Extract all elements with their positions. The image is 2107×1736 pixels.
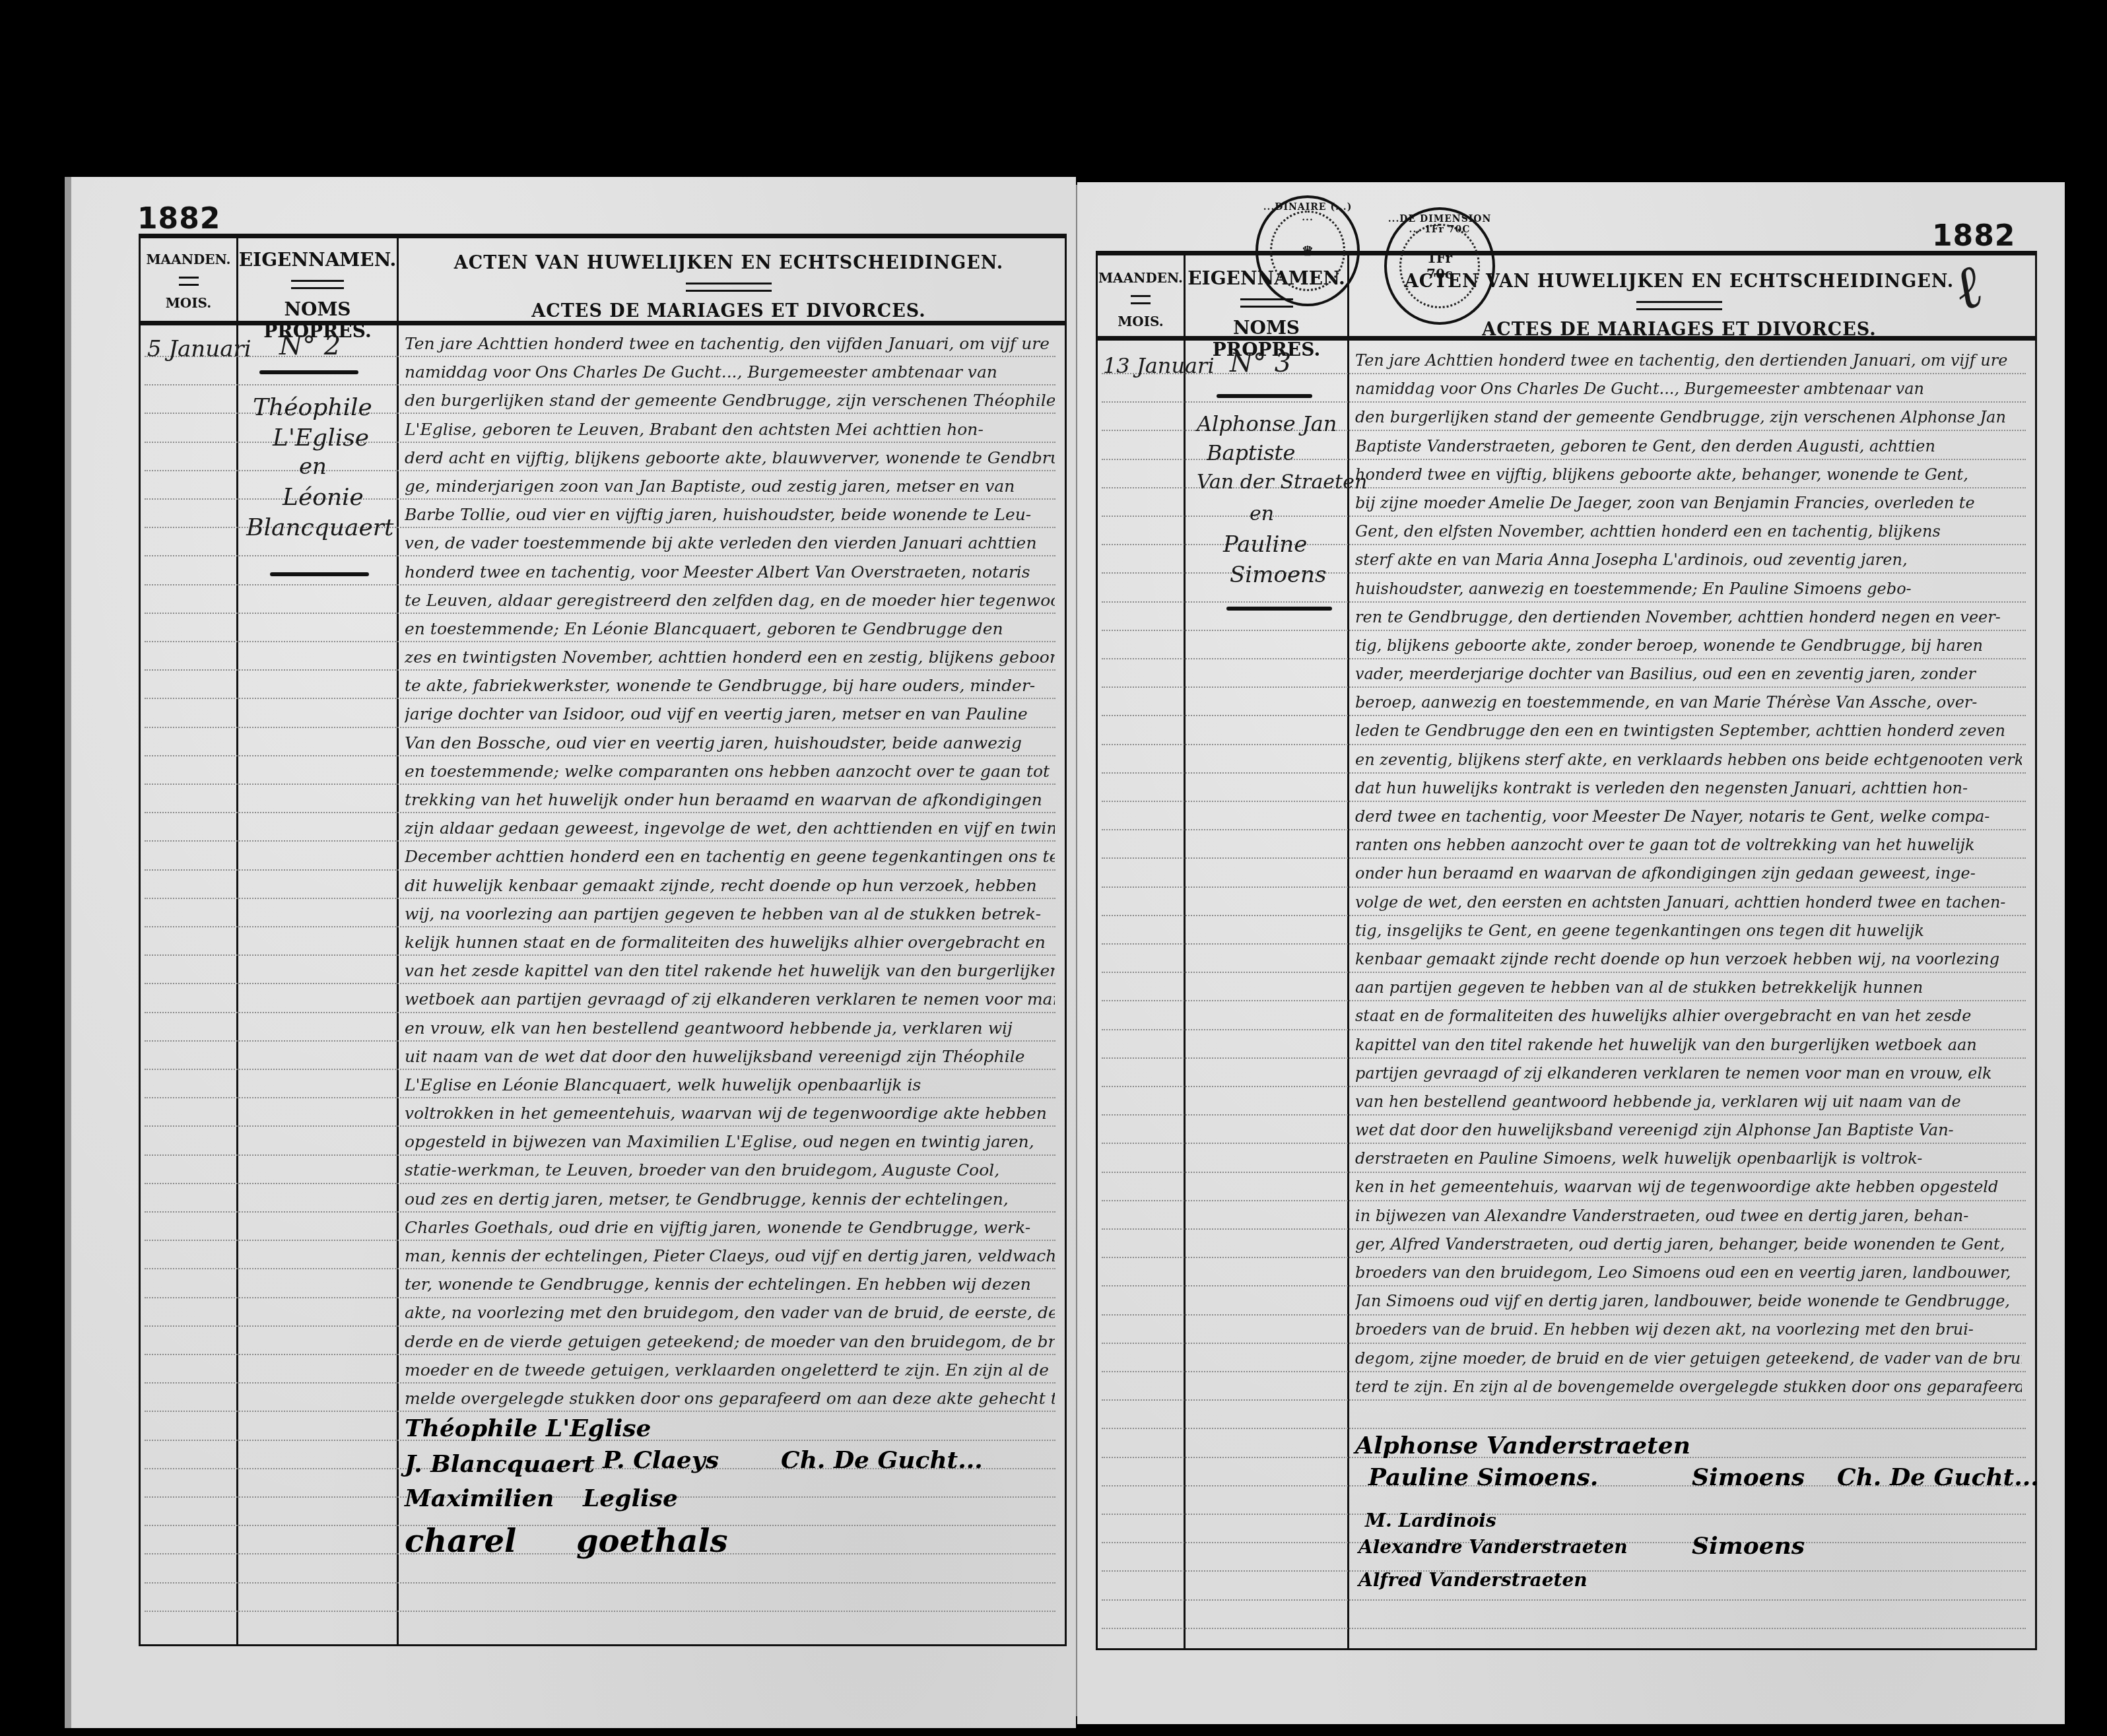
- signature: charel: [405, 1523, 516, 1560]
- act-text-line: honderd twee en tachentig, voor Meester …: [405, 558, 1055, 586]
- act-text-line: akte, na voorlezing met den bruidegom, d…: [405, 1298, 1055, 1327]
- act-text-line: zijn aldaar gedaan geweest, ingevolge de…: [405, 814, 1055, 842]
- column-divider: [236, 238, 238, 1644]
- act-text-line: uit naam van de wet dat door den huwelij…: [405, 1042, 1055, 1071]
- ruling-line: [1102, 1514, 2026, 1515]
- double-rule: [179, 277, 199, 286]
- signature: Simoens: [1692, 1532, 1805, 1560]
- act-text-line: onder hun beraamd en waarvan de afkondig…: [1355, 859, 2022, 888]
- act-text-line: den burgerlijken stand der gemeente Gend…: [405, 386, 1055, 415]
- signature: Alfred Vanderstraeten: [1358, 1569, 1588, 1591]
- stamp-text: ...DINAIRE (...) ...: [1258, 202, 1357, 223]
- act-text-line: wetboek aan partijen gevraagd of zij elk…: [405, 985, 1055, 1013]
- act-text-line: derd twee en tachentig, voor Meester De …: [1355, 803, 2022, 831]
- signature: Ch. De Gucht...: [1837, 1463, 2039, 1491]
- separator-bar: [1217, 394, 1312, 398]
- register-table: MAANDEN. MOIS. EIGENNAMEN. NOMS PROPRES.…: [139, 234, 1067, 1646]
- entry-date: 5 Januari: [147, 336, 251, 362]
- act-text-line: trekking van het huwelijk onder hun bera…: [405, 785, 1055, 814]
- header-month-fr: MOIS.: [166, 295, 212, 311]
- entry-date: 13 Januari: [1103, 353, 1215, 378]
- act-text-line: voltrokken in het gemeentehuis, waarvan …: [405, 1099, 1055, 1127]
- conjunction-en: en: [299, 453, 327, 480]
- act-text-line: den burgerlijken stand der gemeente Gend…: [1355, 403, 2022, 432]
- act-text-line: Gent, den elfsten November, achttien hon…: [1355, 517, 2022, 546]
- act-text-line: te akte, fabriekwerkster, wonende te Gen…: [405, 671, 1055, 700]
- act-text-line: en zeventig, blijkens sterf akte, en ver…: [1355, 746, 2022, 774]
- double-rule: [686, 283, 772, 292]
- act-text-line: dit huwelijk kenbaar gemaakt zijnde, rec…: [405, 871, 1055, 900]
- act-text-line: huishoudster, aanwezig en toestemmende; …: [1355, 575, 2022, 603]
- act-text-line: kenbaar gemaakt zijnde recht doende op h…: [1355, 945, 2022, 974]
- act-text-line: wet dat door den huwelijksband vereenigd…: [1355, 1116, 2022, 1145]
- act-text-line: ken in het gemeentehuis, waarvan wij de …: [1355, 1173, 2022, 1201]
- act-text-line: tig, blijkens geboorte akte, zonder bero…: [1355, 632, 2022, 660]
- act-text-line: ge, minderjarigen zoon van Jan Baptiste,…: [405, 472, 1055, 500]
- act-text-line: namiddag voor Ons Charles De Gucht..., B…: [1355, 375, 2022, 403]
- act-text-line: melde overgelegde stukken door ons gepar…: [405, 1384, 1055, 1412]
- act-text-line: staat en de formaliteiten des huwelijks …: [1355, 1002, 2022, 1030]
- signature: Simoens: [1692, 1463, 1805, 1491]
- act-text-line: ranten ons hebben aanzocht over te gaan …: [1355, 831, 2022, 859]
- signature: P. Claeys: [603, 1446, 719, 1474]
- groom-first-names: Alphonse Jan: [1197, 411, 1337, 436]
- bride-first-name: Léonie: [283, 484, 364, 511]
- dimension-stamp: ...DE DIMENSION ... 1Fr 70C 1Fr70c: [1384, 207, 1495, 325]
- groom-middle-name: Baptiste: [1207, 440, 1295, 465]
- act-text-line: partijen gevraagd of zij elkanderen verk…: [1355, 1059, 2022, 1088]
- signature: goethals: [576, 1523, 728, 1560]
- column-divider: [1184, 255, 1186, 1648]
- bride-surname: Simoens: [1230, 562, 1326, 588]
- header-title-fr: ACTES DE MARIAGES ET DIVORCES.: [1482, 319, 1876, 340]
- act-text-line: zes en twintigsten November, achttien ho…: [405, 643, 1055, 671]
- act-text-line: derd acht en vijftig, blijkens geboorte …: [405, 444, 1055, 472]
- register-table: MAANDEN. MOIS. EIGENNAMEN. NOMS PROPRES.…: [1096, 251, 2037, 1650]
- act-text-line: bij zijne moeder Amelie De Jaeger, zoon …: [1355, 489, 2022, 517]
- act-text-line: L'Eglise en Léonie Blancquaert, welk huw…: [405, 1071, 1055, 1099]
- act-text-line: kelijk hunnen staat en de formaliteiten …: [405, 928, 1055, 956]
- act-text-line: van het zesde kapittel van den titel rak…: [405, 956, 1055, 985]
- column-divider: [397, 238, 399, 1644]
- double-rule: [291, 280, 344, 289]
- act-text-line: ren te Gendbrugge, den dertienden Novemb…: [1355, 603, 2022, 632]
- act-text-line: opgesteld in bijwezen van Maximilien L'E…: [405, 1127, 1055, 1156]
- month-column-header: MAANDEN. MOIS.: [141, 251, 236, 311]
- act-text-line: terd te zijn. En zijn al de bovengemelde…: [1355, 1373, 2022, 1401]
- header-month-fr: MOIS.: [1118, 314, 1164, 329]
- act-text-line: man, kennis der echtelingen, Pieter Clae…: [405, 1242, 1055, 1270]
- revenue-stamp: ...DINAIRE (...) ... ♛: [1255, 195, 1360, 306]
- act-text-line: ven, de vader toestemmende bij akte verl…: [405, 529, 1055, 557]
- act-text-line: jarige dochter van Isidoor, oud vijf en …: [405, 700, 1055, 728]
- act-text-line: degom, zijne moeder, de bruid en de vier…: [1355, 1345, 2022, 1373]
- signature: Leglise: [583, 1485, 678, 1512]
- separator-bar: [259, 370, 358, 374]
- act-text-lines: Ten jare Achttien honderd twee en tachen…: [405, 329, 1055, 1412]
- year-label: 1882: [1932, 219, 2015, 253]
- act-text-line: derstraeten en Pauline Simoens, welk huw…: [1355, 1145, 2022, 1173]
- groom-first-name: Théophile: [253, 394, 372, 421]
- header-names-nl: EIGENNAMEN.: [239, 249, 397, 271]
- act-text-line: beroep, aanwezig en toestemmende, en van…: [1355, 688, 2022, 717]
- double-rule: [1131, 295, 1151, 304]
- act-text-line: Ten jare Achttien honderd twee en tachen…: [1355, 347, 2022, 375]
- entry-number: N° 2: [279, 331, 341, 361]
- act-text-line: moeder en de tweede getuigen, verklaarde…: [405, 1356, 1055, 1384]
- signature: Théophile L'Eglise: [405, 1415, 651, 1442]
- act-text-line: leden te Gendbrugge den een en twintigst…: [1355, 717, 2022, 745]
- marriage-act-text: Ten jare Achttien honderd twee en tachen…: [1355, 347, 2022, 1429]
- header-title-nl: ACTEN VAN HUWELIJKEN EN ECHTSCHEIDINGEN.: [454, 253, 1003, 273]
- act-text-line: van hen bestellend geantwoord hebbende j…: [1355, 1088, 2022, 1116]
- header-month-nl: MAANDEN.: [1098, 270, 1183, 286]
- entry-number: N° 3: [1230, 348, 1291, 378]
- act-text-lines: Ten jare Achttien honderd twee en tachen…: [1355, 347, 2022, 1401]
- act-text-line: honderd twee en vijftig, blijkens geboor…: [1355, 461, 2022, 489]
- act-text-line: in bijwezen van Alexandre Vanderstraeten…: [1355, 1202, 2022, 1230]
- act-text-line: Barbe Tollie, oud vier en vijftig jaren,…: [405, 500, 1055, 529]
- act-text-line: derde en de vierde getuigen geteekend; d…: [405, 1327, 1055, 1356]
- act-text-line: December achttien honderd een en tachent…: [405, 842, 1055, 871]
- act-text-line: L'Eglise, geboren te Leuven, Brabant den…: [405, 415, 1055, 444]
- act-text-line: kapittel van den titel rakende het huwel…: [1355, 1031, 2022, 1059]
- act-text-line: ger, Alfred Vanderstraeten, oud dertig j…: [1355, 1230, 2022, 1259]
- signature: Alexandre Vanderstraeten: [1358, 1536, 1628, 1558]
- groom-surname: Van der Straeten: [1197, 471, 1367, 494]
- act-text-line: namiddag voor Ons Charles De Gucht..., B…: [405, 358, 1055, 386]
- bride-first-name: Pauline: [1223, 531, 1307, 558]
- column-divider: [1347, 255, 1349, 1648]
- act-text-line: broeders van den bruidegom, Leo Simoens …: [1355, 1259, 2022, 1287]
- act-text-line: en toestemmende; welke comparanten ons h…: [405, 757, 1055, 785]
- act-text-line: Baptiste Vanderstraeten, geboren te Gent…: [1355, 432, 2022, 461]
- conjunction-en: en: [1250, 502, 1274, 525]
- act-text-line: dat hun huwelijks kontrakt is verleden d…: [1355, 774, 2022, 803]
- ruling-line: [1102, 1628, 2026, 1629]
- act-text-line: en vrouw, elk van hen bestellend geantwo…: [405, 1014, 1055, 1042]
- wreath-emblem-icon: 1Fr70c: [1399, 224, 1479, 308]
- header-title-fr: ACTES DE MARIAGES ET DIVORCES.: [531, 301, 925, 321]
- signature: Alphonse Vanderstraeten: [1355, 1432, 1690, 1459]
- left-page: 1882 MAANDEN. MOIS. EIGENNAMEN. NOMS PRO…: [65, 177, 1076, 1728]
- act-text-line: te Leuven, aldaar geregistreerd den zelf…: [405, 586, 1055, 615]
- act-text-line: tig, insgelijks te Gent, en geene tegenk…: [1355, 917, 2022, 945]
- marriage-act-text: Ten jare Achttien honderd twee en tachen…: [405, 329, 1055, 1412]
- ruling-line: [145, 1582, 1055, 1584]
- separator-bar: [1226, 607, 1332, 611]
- act-text-line: Van den Bossche, oud vier en veertig jar…: [405, 729, 1055, 757]
- acts-column-header: ACTEN VAN HUWELIJKEN EN ECHTSCHEIDINGEN.…: [399, 253, 1059, 321]
- act-text-line: ter, wonende te Gendbrugge, kennis der e…: [405, 1270, 1055, 1298]
- signature: Maximilien: [405, 1485, 554, 1512]
- stamp-text: ...DE DIMENSION ... 1Fr 70C: [1387, 214, 1492, 235]
- act-text-line: wij, na voorlezing aan partijen gegeven …: [405, 900, 1055, 928]
- separator-bar: [270, 572, 369, 576]
- act-text-line: oud zes en dertig jaren, metser, te Gend…: [405, 1185, 1055, 1213]
- act-text-line: volge de wet, den eersten en achtsten Ja…: [1355, 888, 2022, 917]
- header-month-nl: MAANDEN.: [146, 251, 230, 267]
- act-text-line: Charles Goethals, oud drie en vijftig ja…: [405, 1213, 1055, 1242]
- month-column-header: MAANDEN. MOIS.: [1098, 270, 1184, 329]
- signature: Pauline Simoens.: [1368, 1463, 1598, 1491]
- bride-surname: Blancquaert: [246, 514, 393, 541]
- ruling-line: [1102, 1599, 2026, 1601]
- ruling-line: [145, 1611, 1055, 1612]
- signature: M. Lardinois: [1365, 1510, 1496, 1531]
- names-column-header: EIGENNAMEN. NOMS PROPRES.: [238, 249, 397, 342]
- act-text-line: en toestemmende; En Léonie Blancquaert, …: [405, 615, 1055, 643]
- groom-surname: L'Eglise: [273, 424, 369, 451]
- year-label: 1882: [137, 202, 220, 236]
- right-page: 1882 MAANDEN. MOIS. EIGENNAMEN. NOMS PRO…: [1077, 182, 2065, 1724]
- act-text-line: statie-werkman, te Leuven, broeder van d…: [405, 1156, 1055, 1184]
- signature: J. Blancquaert: [405, 1450, 595, 1478]
- act-text-line: sterf akte en van Maria Anna Josepha L'a…: [1355, 546, 2022, 574]
- act-text-line: Jan Simoens oud vijf en dertig jaren, la…: [1355, 1287, 2022, 1316]
- act-text-line: vader, meerderjarige dochter van Basiliu…: [1355, 660, 2022, 688]
- act-text-line: aan partijen gegeven te hebben van al de…: [1355, 974, 2022, 1002]
- act-text-line: broeders van de bruid. En hebben wij dez…: [1355, 1316, 2022, 1344]
- act-text-line: Ten jare Achttien honderd twee en tachen…: [405, 329, 1055, 358]
- double-rule: [1636, 301, 1722, 310]
- signature: Ch. De Gucht...: [781, 1446, 983, 1474]
